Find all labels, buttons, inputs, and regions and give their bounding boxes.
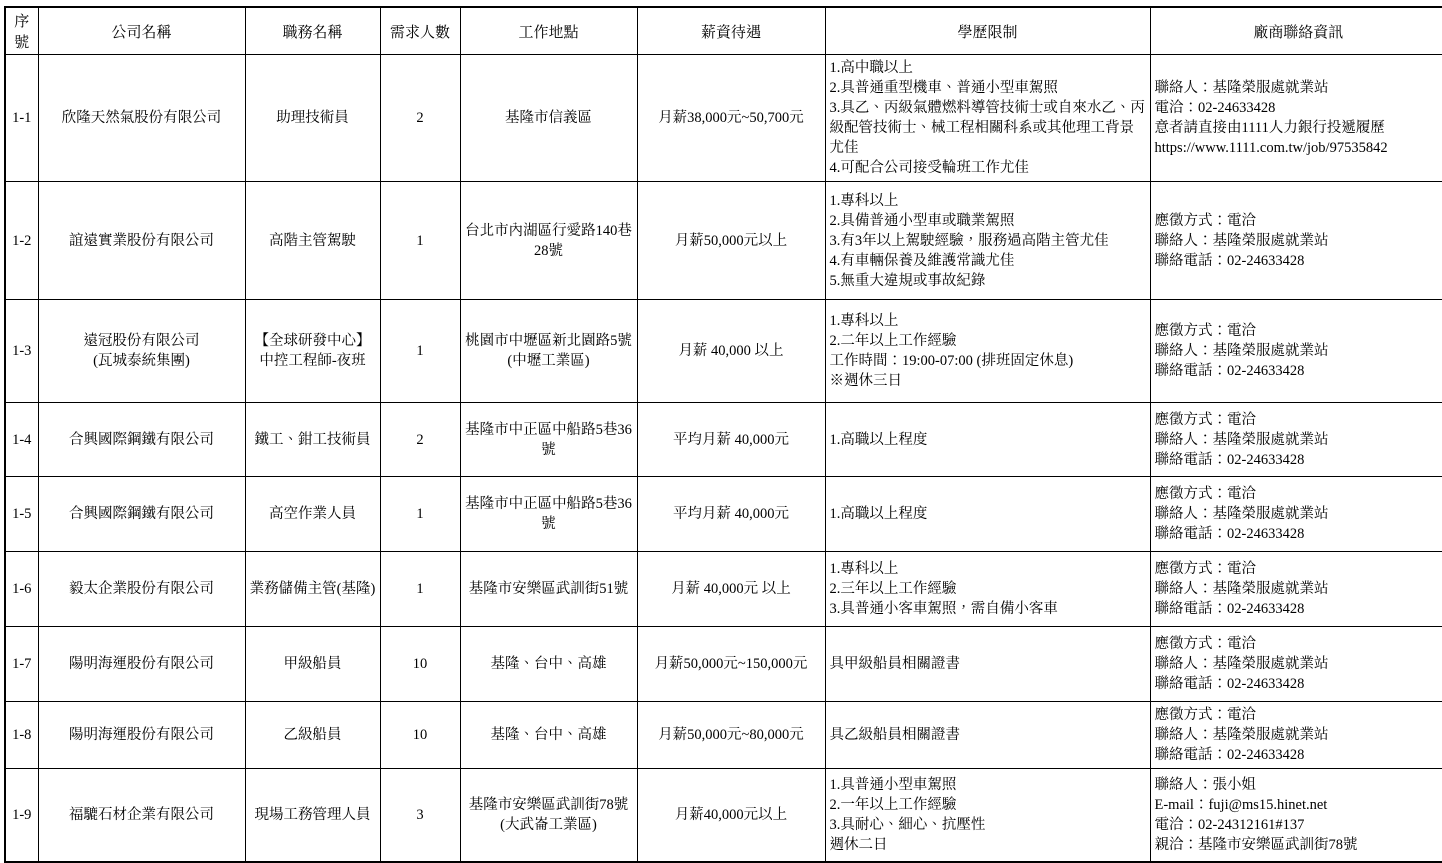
cell-salary: 月薪 40,000 以上 [637,300,825,403]
table-row: 1-4 合興國際鋼鐵有限公司 鐵工、鉗工技術員 2 基隆市中正區中船路5巷36號… [5,403,1442,477]
cell-education: 1.高職以上程度 [825,477,1150,552]
col-header-salary: 薪資待遇 [637,7,825,55]
cell-education: 具乙級船員相關證書 [825,702,1150,769]
cell-contact: 應徵方式：電洽 聯絡人：基隆榮服處就業站 聯絡電話：02-24633428 [1150,702,1442,769]
cell-headcount: 1 [380,300,460,403]
table-row: 1-5 合興國際鋼鐵有限公司 高空作業人員 1 基隆市中正區中船路5巷36號 平… [5,477,1442,552]
cell-company: 合興國際鋼鐵有限公司 [38,403,245,477]
table-row: 1-3 遠冠股份有限公司 (瓦城泰統集團) 【全球研發中心】 中控工程師-夜班 … [5,300,1442,403]
cell-headcount: 2 [380,55,460,182]
cell-location: 桃園市中壢區新北園路5號 (中壢工業區) [460,300,637,403]
cell-headcount: 1 [380,552,460,627]
col-header-company: 公司名稱 [38,7,245,55]
cell-serial: 1-9 [5,769,38,862]
table-row: 1-2 誼遠實業股份有限公司 高階主管駕駛 1 台北市內湖區行愛路140巷28號… [5,182,1442,300]
cell-salary: 平均月薪 40,000元 [637,403,825,477]
cell-location: 基隆市中正區中船路5巷36號 [460,403,637,477]
cell-job-title: 【全球研發中心】 中控工程師-夜班 [245,300,380,403]
cell-salary: 月薪40,000元以上 [637,769,825,862]
cell-job-title: 乙級船員 [245,702,380,769]
cell-contact: 應徵方式：電洽 聯絡人：基隆榮服處就業站 聯絡電話：02-24633428 [1150,403,1442,477]
header-row: 序號 公司名稱 職務名稱 需求人數 工作地點 薪資待遇 學歷限制 廠商聯絡資訊 [5,7,1442,55]
cell-location: 基隆市信義區 [460,55,637,182]
cell-headcount: 1 [380,182,460,300]
col-header-headcount: 需求人數 [380,7,460,55]
table-row: 1-9 福騼石材企業有限公司 現場工務管理人員 3 基隆市安樂區武訓街78號 (… [5,769,1442,862]
cell-headcount: 3 [380,769,460,862]
cell-headcount: 1 [380,477,460,552]
cell-location: 基隆、台中、高雄 [460,702,637,769]
table-body: 1-1 欣隆天然氣股份有限公司 助理技術員 2 基隆市信義區 月薪38,000元… [5,55,1442,862]
cell-salary: 月薪38,000元~50,700元 [637,55,825,182]
cell-company: 欣隆天然氣股份有限公司 [38,55,245,182]
cell-company: 誼遠實業股份有限公司 [38,182,245,300]
cell-headcount: 10 [380,627,460,702]
table-row: 1-7 陽明海運股份有限公司 甲級船員 10 基隆、台中、高雄 月薪50,000… [5,627,1442,702]
cell-job-title: 業務儲備主管(基隆) [245,552,380,627]
cell-serial: 1-3 [5,300,38,403]
table-row: 1-6 毅太企業股份有限公司 業務儲備主管(基隆) 1 基隆市安樂區武訓街51號… [5,552,1442,627]
cell-job-title: 助理技術員 [245,55,380,182]
cell-contact: 聯絡人：張小姐 E-mail：fuji@ms15.hinet.net 電洽：02… [1150,769,1442,862]
cell-contact: 應徵方式：電洽 聯絡人：基隆榮服處就業站 聯絡電話：02-24633428 [1150,182,1442,300]
cell-education: 1.專科以上 2.具備普通小型車或職業駕照 3.有3年以上駕駛經驗，服務過高階主… [825,182,1150,300]
cell-education: 1.專科以上 2.三年以上工作經驗 3.具普通小客車駕照，需自備小客車 [825,552,1150,627]
cell-location: 基隆市中正區中船路5巷36號 [460,477,637,552]
cell-job-title: 現場工務管理人員 [245,769,380,862]
cell-serial: 1-4 [5,403,38,477]
cell-job-title: 鐵工、鉗工技術員 [245,403,380,477]
cell-company: 福騼石材企業有限公司 [38,769,245,862]
cell-salary: 平均月薪 40,000元 [637,477,825,552]
cell-location: 基隆市安樂區武訓街78號 (大武崙工業區) [460,769,637,862]
col-header-serial: 序號 [5,7,38,55]
cell-company: 陽明海運股份有限公司 [38,702,245,769]
col-header-location: 工作地點 [460,7,637,55]
cell-salary: 月薪50,000元以上 [637,182,825,300]
cell-education: 具甲級船員相關證書 [825,627,1150,702]
col-header-contact: 廠商聯絡資訊 [1150,7,1442,55]
cell-education: 1.具普通小型車駕照 2.一年以上工作經驗 3.具耐心、細心、抗壓性 週休二日 [825,769,1150,862]
cell-serial: 1-8 [5,702,38,769]
table-header: 序號 公司名稱 職務名稱 需求人數 工作地點 薪資待遇 學歷限制 廠商聯絡資訊 [5,7,1442,55]
cell-job-title: 甲級船員 [245,627,380,702]
table-row: 1-1 欣隆天然氣股份有限公司 助理技術員 2 基隆市信義區 月薪38,000元… [5,55,1442,182]
job-listings-table: 序號 公司名稱 職務名稱 需求人數 工作地點 薪資待遇 學歷限制 廠商聯絡資訊 … [4,6,1442,863]
cell-contact: 應徵方式：電洽 聯絡人：基隆榮服處就業站 聯絡電話：02-24633428 [1150,477,1442,552]
document-page: 序號 公司名稱 職務名稱 需求人數 工作地點 薪資待遇 學歷限制 廠商聯絡資訊 … [0,0,1442,855]
cell-location: 基隆、台中、高雄 [460,627,637,702]
cell-company: 毅太企業股份有限公司 [38,552,245,627]
cell-location: 台北市內湖區行愛路140巷28號 [460,182,637,300]
cell-headcount: 10 [380,702,460,769]
cell-education: 1.高中職以上 2.具普通重型機車、普通小型車駕照 3.具乙、丙級氣體燃料導管技… [825,55,1150,182]
cell-contact: 應徵方式：電洽 聯絡人：基隆榮服處就業站 聯絡電話：02-24633428 [1150,552,1442,627]
cell-headcount: 2 [380,403,460,477]
cell-serial: 1-7 [5,627,38,702]
cell-contact: 應徵方式：電洽 聯絡人：基隆榮服處就業站 聯絡電話：02-24633428 [1150,627,1442,702]
col-header-job-title: 職務名稱 [245,7,380,55]
cell-serial: 1-6 [5,552,38,627]
cell-serial: 1-1 [5,55,38,182]
cell-location: 基隆市安樂區武訓街51號 [460,552,637,627]
cell-job-title: 高階主管駕駛 [245,182,380,300]
cell-serial: 1-2 [5,182,38,300]
cell-salary: 月薪50,000元~80,000元 [637,702,825,769]
cell-salary: 月薪 40,000元 以上 [637,552,825,627]
cell-serial: 1-5 [5,477,38,552]
cell-company: 合興國際鋼鐵有限公司 [38,477,245,552]
col-header-education: 學歷限制 [825,7,1150,55]
cell-company: 陽明海運股份有限公司 [38,627,245,702]
cell-job-title: 高空作業人員 [245,477,380,552]
cell-company: 遠冠股份有限公司 (瓦城泰統集團) [38,300,245,403]
cell-contact: 應徵方式：電洽 聯絡人：基隆榮服處就業站 聯絡電話：02-24633428 [1150,300,1442,403]
cell-salary: 月薪50,000元~150,000元 [637,627,825,702]
cell-education: 1.高職以上程度 [825,403,1150,477]
table-row: 1-8 陽明海運股份有限公司 乙級船員 10 基隆、台中、高雄 月薪50,000… [5,702,1442,769]
cell-education: 1.專科以上 2.二年以上工作經驗 工作時間：19:00-07:00 (排班固定… [825,300,1150,403]
cell-contact: 聯絡人：基隆榮服處就業站 電洽：02-24633428 意者請直接由1111人力… [1150,55,1442,182]
